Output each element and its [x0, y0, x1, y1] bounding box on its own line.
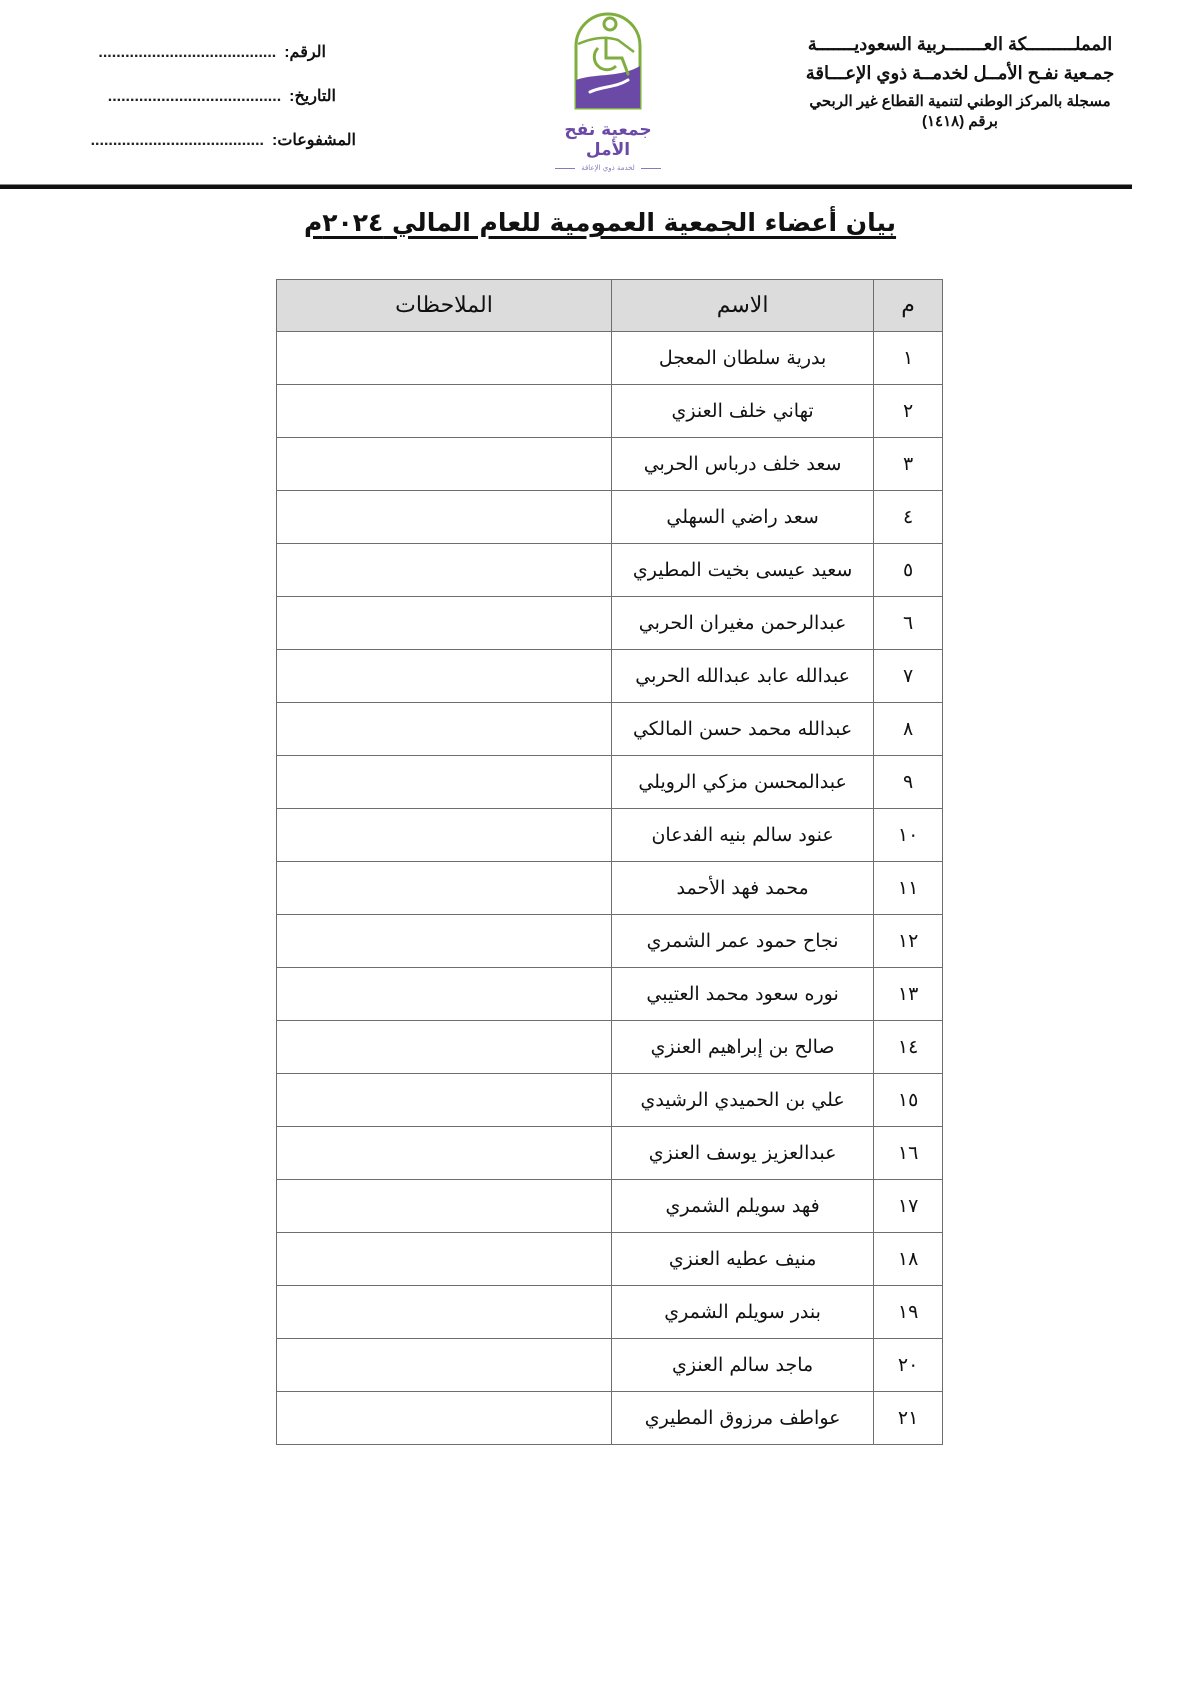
- table-row: ٣سعد خلف درباس الحربي: [277, 438, 943, 491]
- notes-cell: [277, 968, 612, 1021]
- notes-cell: [277, 1180, 612, 1233]
- notes-cell: [277, 385, 612, 438]
- table-row: ٢٠ماجد سالم العنزي: [277, 1339, 943, 1392]
- field-value: ........................................: [98, 44, 276, 62]
- row-number: ١٥: [874, 1074, 943, 1127]
- table-header-row: م الاسم الملاحظات: [277, 280, 943, 332]
- country-name: المملـــــــــكة العـــــــربية السعوديـ…: [750, 34, 1170, 55]
- notes-cell: [277, 756, 612, 809]
- table-row: ١٨منيف عطيه العنزي: [277, 1233, 943, 1286]
- reference-fields: الرقم: .................................…: [16, 42, 356, 174]
- row-number: ٩: [874, 756, 943, 809]
- row-number: ٦: [874, 597, 943, 650]
- member-name: نجاح حمود عمر الشمري: [611, 915, 873, 968]
- table-row: ١٠عنود سالم بنيه الفدعان: [277, 809, 943, 862]
- row-number: ١٧: [874, 1180, 943, 1233]
- row-number: ٢١: [874, 1392, 943, 1445]
- registration-line: مسجلة بالمركز الوطني لتنمية القطاع غير ا…: [750, 92, 1170, 110]
- column-header-number: م: [874, 280, 943, 332]
- table-row: ١٥علي بن الحميدي الرشيدي: [277, 1074, 943, 1127]
- logo-tagline-row: لخدمة ذوي الإعاقة: [548, 164, 668, 172]
- row-number: ١٩: [874, 1286, 943, 1339]
- member-name: علي بن الحميدي الرشيدي: [611, 1074, 873, 1127]
- notes-cell: [277, 809, 612, 862]
- member-name: عبدالله محمد حسن المالكي: [611, 703, 873, 756]
- table-row: ٧عبدالله عابد عبدالله الحربي: [277, 650, 943, 703]
- wheelchair-hand-logo-icon: [570, 8, 646, 118]
- reference-number-field: الرقم: .................................…: [16, 42, 356, 86]
- table-row: ١٤صالح بن إبراهيم العنزي: [277, 1021, 943, 1074]
- table-row: ١٧فهد سويلم الشمري: [277, 1180, 943, 1233]
- attachments-field: المشفوعات: .............................…: [16, 130, 356, 174]
- notes-cell: [277, 438, 612, 491]
- notes-cell: [277, 1074, 612, 1127]
- association-logo: جمعية نفح الأمل لخدمة ذوي الإعاقة: [548, 8, 668, 168]
- notes-cell: [277, 491, 612, 544]
- table-row: ١٩بندر سويلم الشمري: [277, 1286, 943, 1339]
- column-header-name: الاسم: [611, 280, 873, 332]
- member-name: عبدالله عابد عبدالله الحربي: [611, 650, 873, 703]
- table-row: ١٢نجاح حمود عمر الشمري: [277, 915, 943, 968]
- notes-cell: [277, 915, 612, 968]
- header-divider: [0, 184, 1132, 189]
- table-row: ٦عبدالرحمن مغيران الحربي: [277, 597, 943, 650]
- association-name: جمـعية نفـح الأمــل لخدمــة ذوي الإعـــا…: [750, 63, 1170, 84]
- organization-header: المملـــــــــكة العـــــــربية السعوديـ…: [750, 34, 1170, 130]
- member-name: سعد خلف درباس الحربي: [611, 438, 873, 491]
- table-row: ١١محمد فهد الأحمد: [277, 862, 943, 915]
- notes-cell: [277, 544, 612, 597]
- member-name: عبدالمحسن مزكي الرويلي: [611, 756, 873, 809]
- notes-cell: [277, 1021, 612, 1074]
- notes-cell: [277, 332, 612, 385]
- table-row: ٩عبدالمحسن مزكي الرويلي: [277, 756, 943, 809]
- table-row: ٢١عواطف مرزوق المطيري: [277, 1392, 943, 1445]
- notes-cell: [277, 1392, 612, 1445]
- row-number: ٤: [874, 491, 943, 544]
- registration-number: برقم (١٤١٨): [750, 112, 1170, 130]
- table-row: ١٦عبدالعزيز يوسف العنزي: [277, 1127, 943, 1180]
- page-title: بيان أعضاء الجمعية العمومية للعام المالي…: [0, 208, 1200, 237]
- logo-name: جمعية نفح الأمل: [548, 120, 668, 160]
- member-name: بندر سويلم الشمري: [611, 1286, 873, 1339]
- row-number: ١٢: [874, 915, 943, 968]
- row-number: ١٦: [874, 1127, 943, 1180]
- row-number: ٢: [874, 385, 943, 438]
- notes-cell: [277, 650, 612, 703]
- member-name: عبدالعزيز يوسف العنزي: [611, 1127, 873, 1180]
- member-name: عواطف مرزوق المطيري: [611, 1392, 873, 1445]
- row-number: ٧: [874, 650, 943, 703]
- notes-cell: [277, 597, 612, 650]
- row-number: ١٨: [874, 1233, 943, 1286]
- row-number: ١١: [874, 862, 943, 915]
- date-field: التاريخ: ...............................…: [16, 86, 356, 130]
- row-number: ٣: [874, 438, 943, 491]
- row-number: ١٣: [874, 968, 943, 1021]
- table-row: ١٣نوره سعود محمد العتيبي: [277, 968, 943, 1021]
- field-label: التاريخ:: [289, 86, 336, 106]
- divider: [555, 168, 575, 169]
- field-value: .......................................: [91, 132, 264, 150]
- page-title-text: بيان أعضاء الجمعية العمومية للعام المالي…: [304, 208, 896, 237]
- notes-cell: [277, 1127, 612, 1180]
- member-name: منيف عطيه العنزي: [611, 1233, 873, 1286]
- notes-cell: [277, 703, 612, 756]
- member-name: عبدالرحمن مغيران الحربي: [611, 597, 873, 650]
- notes-cell: [277, 862, 612, 915]
- members-table: م الاسم الملاحظات ١بدرية سلطان المعجل ٢ت…: [276, 279, 943, 1445]
- member-name: تهاني خلف العنزي: [611, 385, 873, 438]
- table-row: ١بدرية سلطان المعجل: [277, 332, 943, 385]
- field-label: الرقم:: [284, 42, 326, 62]
- member-name: سعيد عيسى بخيت المطيري: [611, 544, 873, 597]
- member-name: فهد سويلم الشمري: [611, 1180, 873, 1233]
- member-name: محمد فهد الأحمد: [611, 862, 873, 915]
- notes-cell: [277, 1286, 612, 1339]
- row-number: ٥: [874, 544, 943, 597]
- row-number: ١٠: [874, 809, 943, 862]
- field-label: المشفوعات:: [272, 130, 356, 150]
- member-name: بدرية سلطان المعجل: [611, 332, 873, 385]
- notes-cell: [277, 1339, 612, 1392]
- column-header-notes: الملاحظات: [277, 280, 612, 332]
- divider: [641, 168, 661, 169]
- table-row: ٤سعد راضي السهلي: [277, 491, 943, 544]
- member-name: عنود سالم بنيه الفدعان: [611, 809, 873, 862]
- table-row: ٥سعيد عيسى بخيت المطيري: [277, 544, 943, 597]
- logo-tagline: لخدمة ذوي الإعاقة: [581, 164, 635, 172]
- table-row: ٢تهاني خلف العنزي: [277, 385, 943, 438]
- member-name: نوره سعود محمد العتيبي: [611, 968, 873, 1021]
- row-number: ٢٠: [874, 1339, 943, 1392]
- notes-cell: [277, 1233, 612, 1286]
- row-number: ١: [874, 332, 943, 385]
- row-number: ٨: [874, 703, 943, 756]
- table-row: ٨عبدالله محمد حسن المالكي: [277, 703, 943, 756]
- row-number: ١٤: [874, 1021, 943, 1074]
- member-name: صالح بن إبراهيم العنزي: [611, 1021, 873, 1074]
- member-name: سعد راضي السهلي: [611, 491, 873, 544]
- member-name: ماجد سالم العنزي: [611, 1339, 873, 1392]
- field-value: .......................................: [108, 88, 281, 106]
